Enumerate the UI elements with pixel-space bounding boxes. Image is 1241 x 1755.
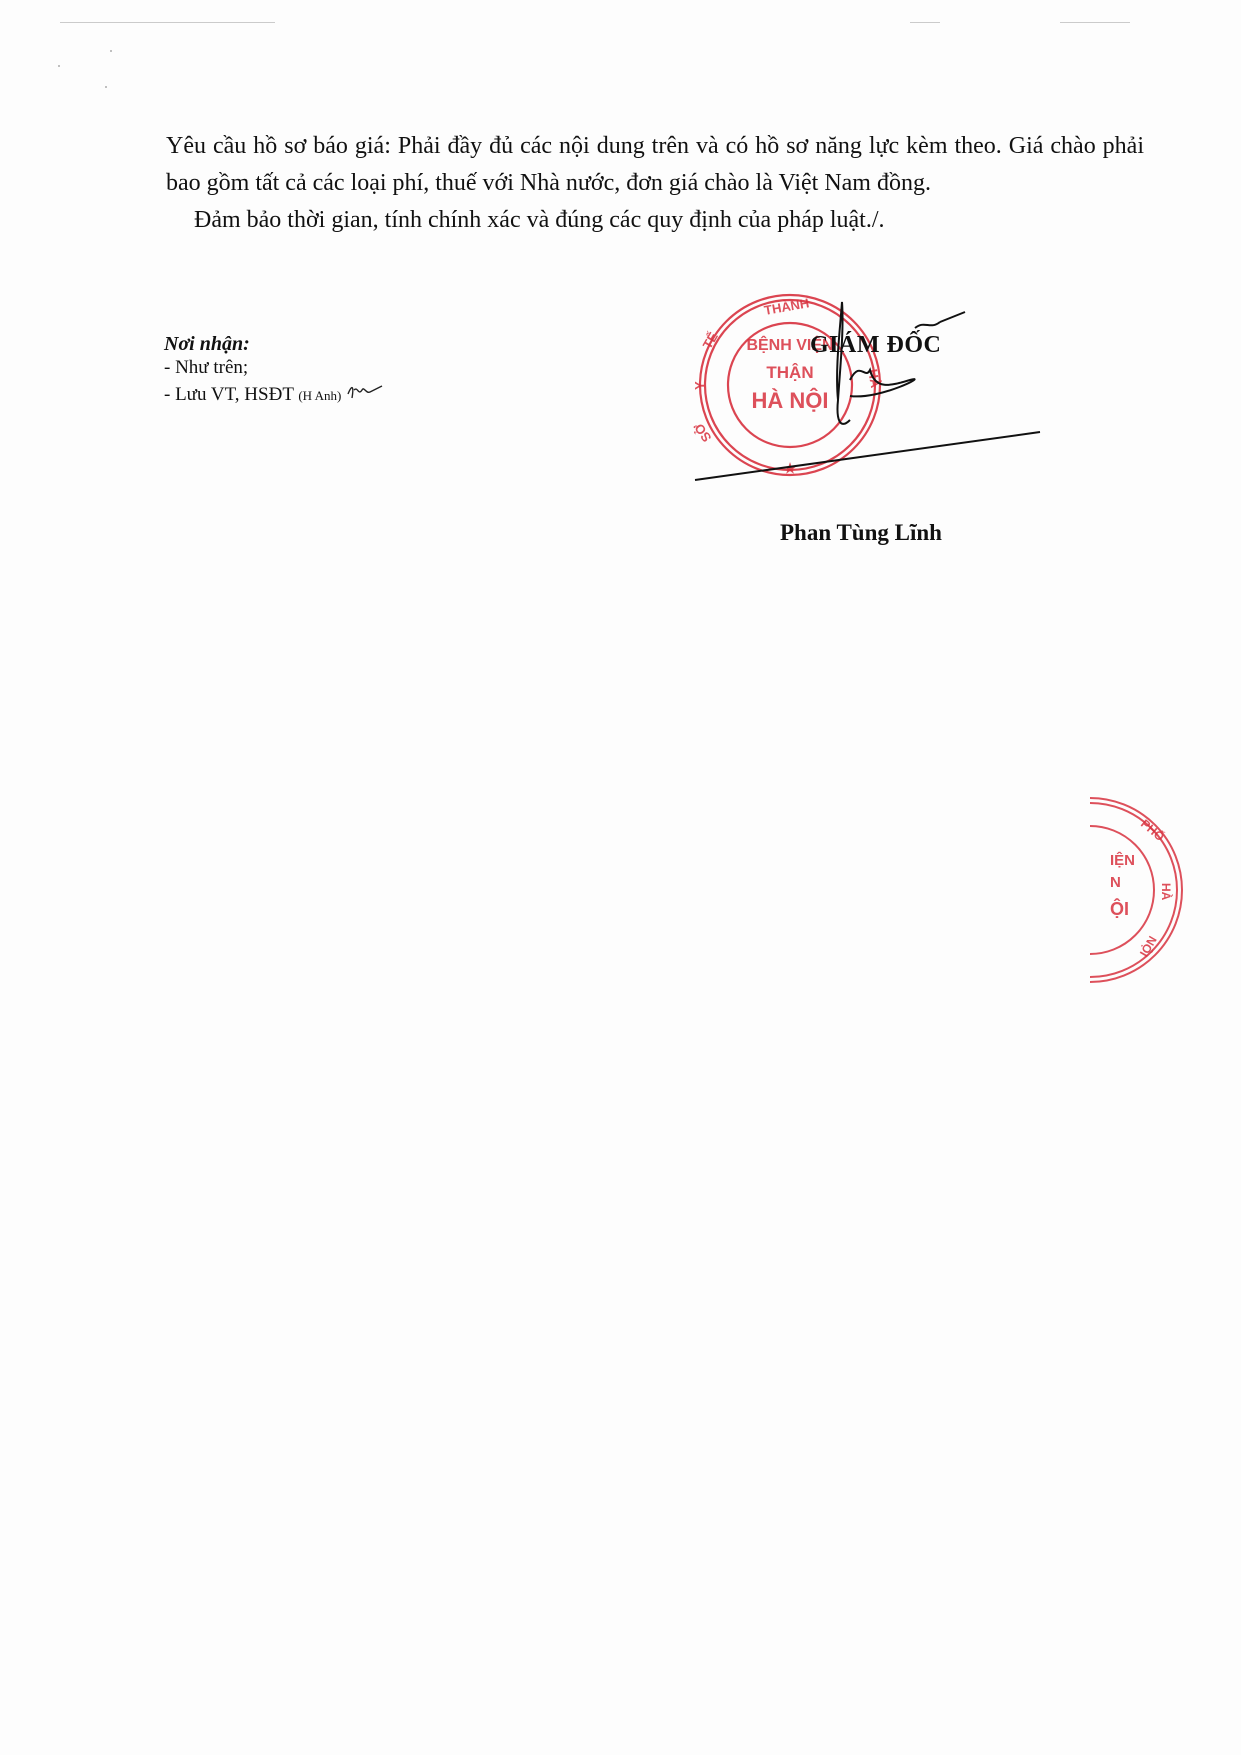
scan-artifact-line: [1060, 22, 1130, 23]
scan-artifact-line: [60, 22, 275, 23]
initials-icon: [346, 380, 384, 406]
handwritten-signature-icon: [690, 290, 1110, 550]
document-body: Yêu cầu hồ sơ báo giá: Phải đầy đủ các n…: [166, 128, 1144, 239]
recipient-item: - Lưu VT, HSĐT (H Anh): [164, 380, 384, 408]
partial-stamp-icon: IỆN N ỘI PHỐ HÀ NỘI: [1090, 795, 1241, 985]
svg-text:N: N: [1110, 874, 1121, 891]
svg-text:ỘI: ỘI: [1110, 898, 1129, 919]
svg-text:NỘI: NỘI: [1137, 934, 1161, 960]
recipients-heading: Nơi nhận:: [164, 332, 384, 356]
signer-name: Phan Tùng Lĩnh: [780, 520, 942, 546]
scan-speck: [105, 86, 107, 88]
scan-speck: [58, 65, 60, 67]
svg-text:HÀ: HÀ: [1159, 883, 1174, 901]
assurance-paragraph: Đảm bảo thời gian, tính chính xác và đún…: [166, 202, 1144, 239]
signature-block: BỆNH VIỆN THẬN HÀ NỘI THÀNH TẾ Y SỞ HÀ ★…: [690, 290, 1110, 550]
requirements-paragraph: Yêu cầu hồ sơ báo giá: Phải đầy đủ các n…: [166, 128, 1144, 202]
recipient-note: (H Anh): [298, 388, 341, 403]
svg-text:IỆN: IỆN: [1110, 851, 1135, 869]
recipients-block: Nơi nhận: - Như trên; - Lưu VT, HSĐT (H …: [164, 332, 384, 408]
scan-speck: [110, 50, 112, 52]
recipient-item-label: - Lưu VT, HSĐT: [164, 384, 294, 405]
recipient-item: - Như trên;: [164, 356, 384, 380]
scan-artifact-line: [910, 22, 940, 23]
